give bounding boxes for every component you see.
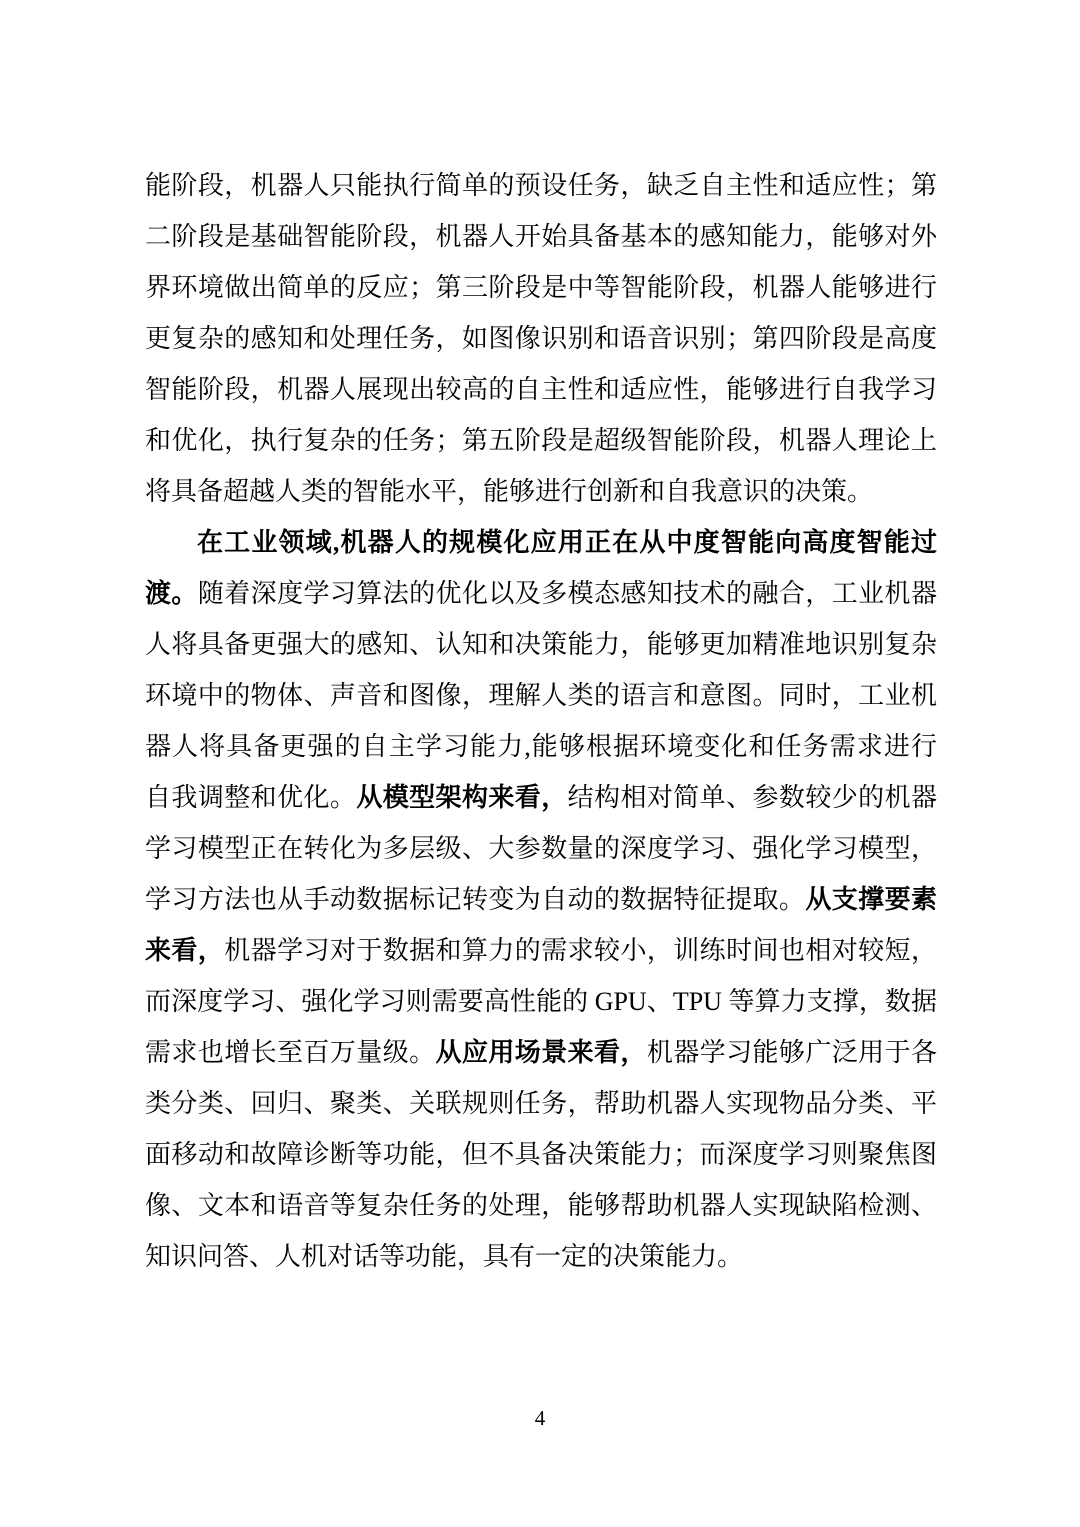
text-line-15: 学习方法也从手动数据标记转变为自动的数据特征提取。从支撑要素 <box>145 874 937 925</box>
text-segment: 器人将具备更强的自主学习能力,能够根据环境变化和任务需求进行 <box>145 732 937 761</box>
text-line-14: 学习模型正在转化为多层级、大参数量的深度学习、强化学习模型， <box>145 823 937 874</box>
text-segment: 二阶段是基础智能阶段，机器人开始具备基本的感知能力，能够对外 <box>145 222 937 251</box>
text-line-17: 而深度学习、强化学习则需要高性能的 GPU、TPU 等算力支撑，数据 <box>145 976 937 1027</box>
text-segment: 将具备超越人类的智能水平，能够进行创新和自我意识的决策。 <box>145 477 873 506</box>
text-segment: 机器学习能够广泛用于各 <box>647 1038 937 1067</box>
text-line-11: 环境中的物体、声音和图像，理解人类的语言和意图。同时，工业机 <box>145 670 937 721</box>
text-line-18: 需求也增长至百万量级。从应用场景来看，机器学习能够广泛用于各 <box>145 1027 937 1078</box>
text-segment: 需求也增长至百万量级。 <box>145 1038 436 1067</box>
text-line-3: 界环境做出简单的反应；第三阶段是中等智能阶段，机器人能够进行 <box>145 262 937 313</box>
text-line-13: 自我调整和优化。从模型架构来看，结构相对简单、参数较少的机器 <box>145 772 937 823</box>
text-segment: 界环境做出简单的反应；第三阶段是中等智能阶段，机器人能够进行 <box>145 273 937 302</box>
text-line-19: 类分类、回归、聚类、关联规则任务，帮助机器人实现物品分类、平 <box>145 1078 937 1129</box>
text-segment: 更复杂的感知和处理任务，如图像识别和语音识别；第四阶段是高度 <box>145 324 937 353</box>
text-line-12: 器人将具备更强的自主学习能力,能够根据环境变化和任务需求进行 <box>145 721 937 772</box>
text-segment: 随着深度学习算法的优化以及多模态感知技术的融合，工业机器 <box>198 579 937 608</box>
text-segment: 人将具备更强大的感知、认知和决策能力，能够更加精准地识别复杂 <box>145 630 937 659</box>
text-segment: 智能阶段，机器人展现出较高的自主性和适应性，能够进行自我学习 <box>145 375 937 404</box>
text-line-1: 能阶段，机器人只能执行简单的预设任务，缺乏自主性和适应性；第 <box>145 160 937 211</box>
text-segment: 结构相对简单、参数较少的机器 <box>568 783 937 812</box>
text-line-21: 像、文本和语音等复杂任务的处理，能够帮助机器人实现缺陷检测、 <box>145 1180 937 1231</box>
document-page: 能阶段，机器人只能执行简单的预设任务，缺乏自主性和适应性；第二阶段是基础智能阶段… <box>0 0 1080 1527</box>
text-line-8: 在工业领域,机器人的规模化应用正在从中度智能向高度智能过 <box>145 517 937 568</box>
text-line-5: 智能阶段，机器人展现出较高的自主性和适应性，能够进行自我学习 <box>145 364 937 415</box>
text-line-10: 人将具备更强大的感知、认知和决策能力，能够更加精准地识别复杂 <box>145 619 937 670</box>
bold-text-segment: 渡。 <box>145 579 198 608</box>
text-segment: 机器学习对于数据和算力的需求较小，训练时间也相对较短， <box>224 936 937 965</box>
text-segment: 类分类、回归、聚类、关联规则任务，帮助机器人实现物品分类、平 <box>145 1089 937 1118</box>
bold-text-segment: 在工业领域,机器人的规模化应用正在从中度智能向高度智能过 <box>197 528 937 557</box>
text-segment: 学习模型正在转化为多层级、大参数量的深度学习、强化学习模型， <box>145 834 937 863</box>
text-line-2: 二阶段是基础智能阶段，机器人开始具备基本的感知能力，能够对外 <box>145 211 937 262</box>
text-segment: 和优化，执行复杂的任务；第五阶段是超级智能阶段，机器人理论上 <box>145 426 937 455</box>
text-segment: 面移动和故障诊断等功能，但不具备决策能力；而深度学习则聚焦图 <box>145 1140 937 1169</box>
bold-text-segment: 从应用场景来看， <box>436 1038 647 1067</box>
text-segment: 学习方法也从手动数据标记转变为自动的数据特征提取。 <box>145 885 805 914</box>
text-line-16: 来看，机器学习对于数据和算力的需求较小，训练时间也相对较短， <box>145 925 937 976</box>
text-line-22: 知识问答、人机对话等功能，具有一定的决策能力。 <box>145 1231 937 1282</box>
text-line-6: 和优化，执行复杂的任务；第五阶段是超级智能阶段，机器人理论上 <box>145 415 937 466</box>
text-line-20: 面移动和故障诊断等功能，但不具备决策能力；而深度学习则聚焦图 <box>145 1129 937 1180</box>
text-line-9: 渡。随着深度学习算法的优化以及多模态感知技术的融合，工业机器 <box>145 568 937 619</box>
text-line-4: 更复杂的感知和处理任务，如图像识别和语音识别；第四阶段是高度 <box>145 313 937 364</box>
page-number: 4 <box>0 1406 1080 1431</box>
text-segment: 能阶段，机器人只能执行简单的预设任务，缺乏自主性和适应性；第 <box>145 171 937 200</box>
bold-text-segment: 从支撑要素 <box>805 885 937 914</box>
text-segment: 自我调整和优化。 <box>145 783 356 812</box>
text-segment: 知识问答、人机对话等功能，具有一定的决策能力。 <box>145 1242 743 1271</box>
text-line-7: 将具备超越人类的智能水平，能够进行创新和自我意识的决策。 <box>145 466 937 517</box>
bold-text-segment: 来看， <box>145 936 224 965</box>
text-segment: 像、文本和语音等复杂任务的处理，能够帮助机器人实现缺陷检测、 <box>145 1191 937 1220</box>
bold-text-segment: 从模型架构来看， <box>356 783 567 812</box>
document-body: 能阶段，机器人只能执行简单的预设任务，缺乏自主性和适应性；第二阶段是基础智能阶段… <box>145 160 937 1282</box>
text-segment: 而深度学习、强化学习则需要高性能的 GPU、TPU 等算力支撑，数据 <box>145 987 937 1016</box>
text-segment: 环境中的物体、声音和图像，理解人类的语言和意图。同时，工业机 <box>145 681 937 710</box>
